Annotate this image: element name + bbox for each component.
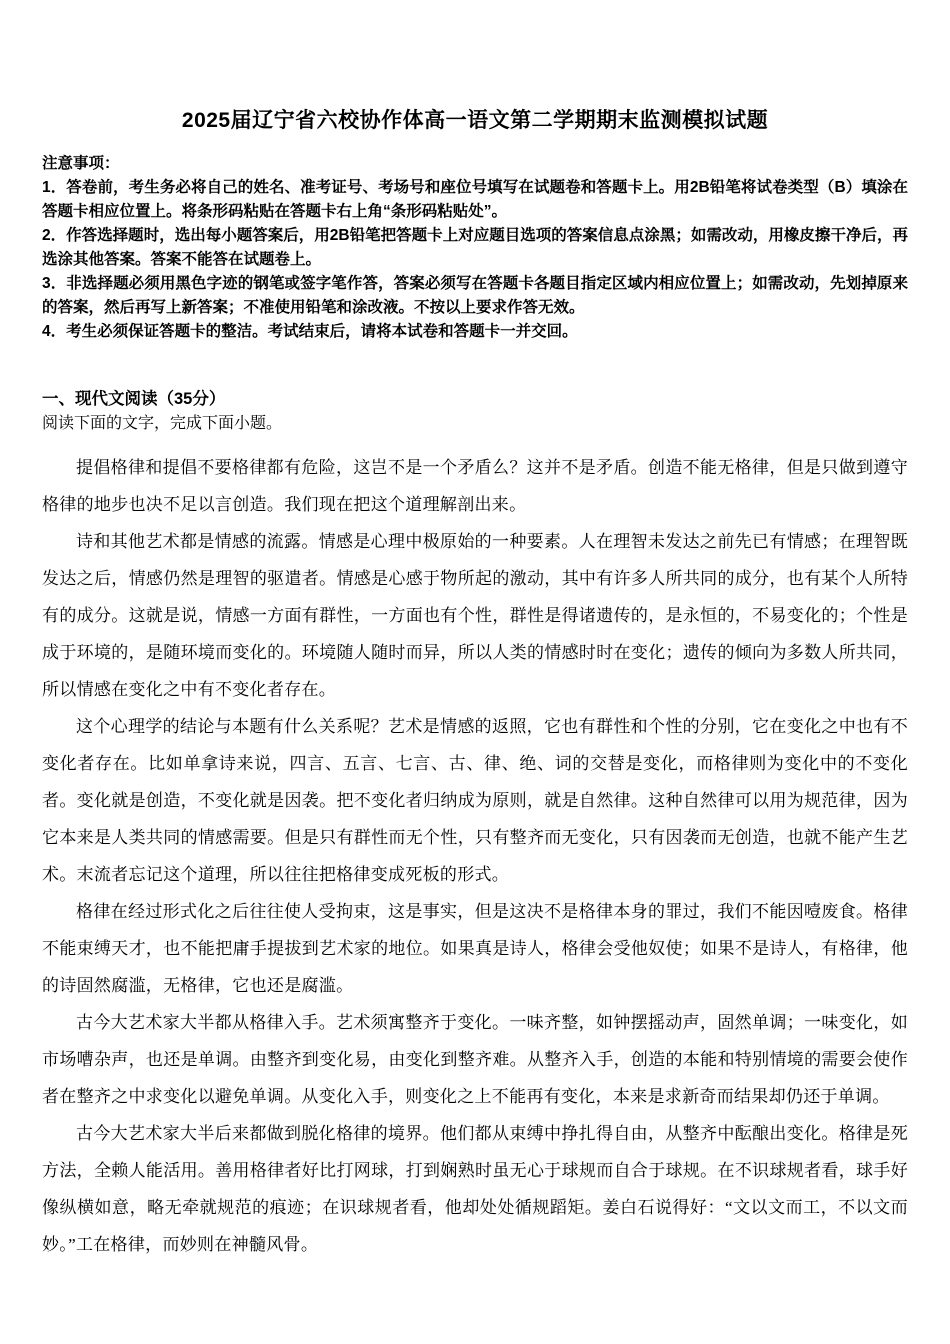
passage-paragraph-4: 格律在经过形式化之后往往使人受拘束，这是事实，但是这决不是格律本身的罪过，我们不… — [42, 893, 908, 1004]
notice-item-4: 4．考生必须保证答题卡的整洁。考试结束后，请将本试卷和答题卡一并交回。 — [42, 320, 908, 344]
reading-passage: 提倡格律和提倡不要格律都有危险，这岂不是一个矛盾么？这并不是矛盾。创造不能无格律… — [42, 449, 908, 1263]
passage-paragraph-3: 这个心理学的结论与本题有什么关系呢？艺术是情感的返照，它也有群性和个性的分别，它… — [42, 708, 908, 893]
page-title: 2025届辽宁省六校协作体高一语文第二学期期末监测模拟试题 — [42, 106, 908, 136]
passage-paragraph-5: 古今大艺术家大半都从格律入手。艺术须寓整齐于变化。一味齐整，如钟摆摇动声，固然单… — [42, 1004, 908, 1115]
section-heading-modern-reading: 一、现代文阅读（35分） — [42, 387, 908, 411]
notice-section: 注意事项： 1．答卷前，考生务必将自己的姓名、准考证号、考场号和座位号填写在试题… — [42, 152, 908, 344]
passage-paragraph-2: 诗和其他艺术都是情感的流露。情感是心理中极原始的一种要素。人在理智未发达之前先已… — [42, 523, 908, 708]
passage-paragraph-6: 古今大艺术家大半后来都做到脱化格律的境界。他们都从束缚中挣扎得自由，从整齐中酝酿… — [42, 1115, 908, 1263]
notice-heading: 注意事项： — [42, 152, 908, 176]
exam-paper-page: 2025届辽宁省六校协作体高一语文第二学期期末监测模拟试题 注意事项： 1．答卷… — [0, 0, 950, 1344]
notice-item-2: 2．作答选择题时，选出每小题答案后，用2B铅笔把答题卡上对应题目选项的答案信息点… — [42, 224, 908, 272]
section-intro: 阅读下面的文字，完成下面小题。 — [42, 412, 908, 436]
notice-item-3: 3．非选择题必须用黑色字迹的钢笔或签字笔作答，答案必须写在答题卡各题目指定区域内… — [42, 272, 908, 320]
passage-paragraph-1: 提倡格律和提倡不要格律都有危险，这岂不是一个矛盾么？这并不是矛盾。创造不能无格律… — [42, 449, 908, 523]
notice-item-1: 1．答卷前，考生务必将自己的姓名、准考证号、考场号和座位号填写在试题卷和答题卡上… — [42, 176, 908, 224]
